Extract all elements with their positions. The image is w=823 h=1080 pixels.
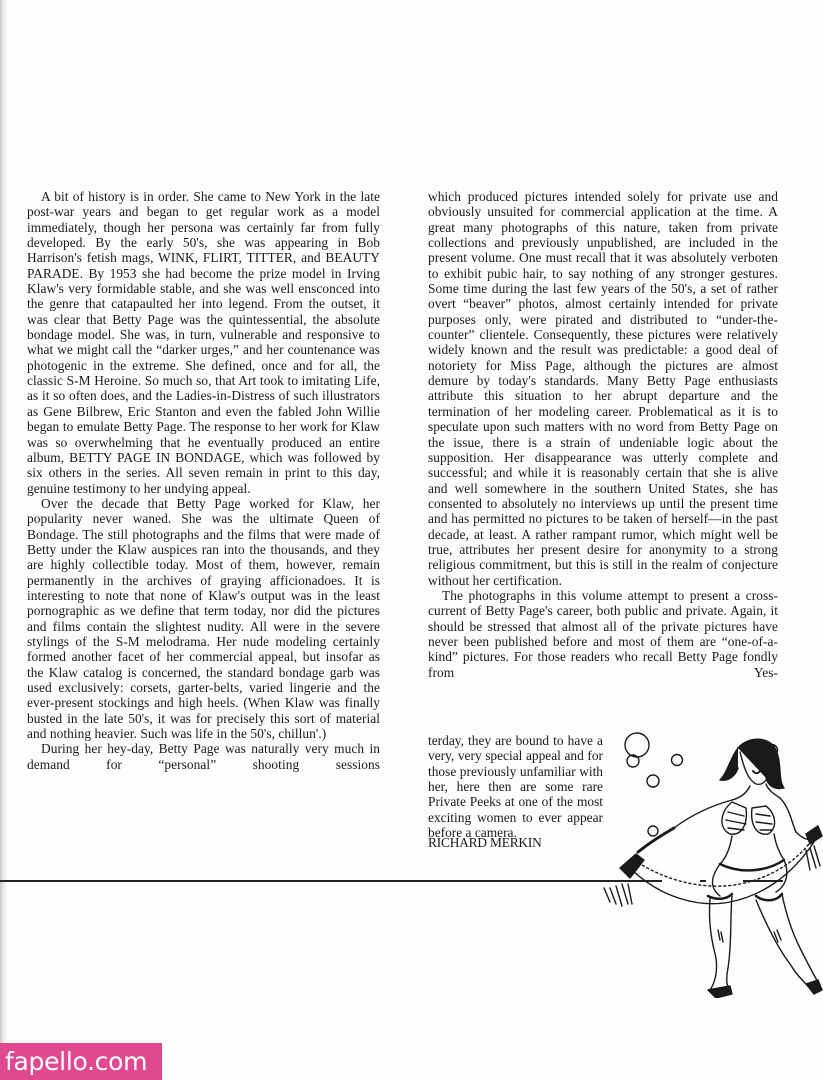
bubble-icon <box>625 733 649 757</box>
article-right-column: which produced pictures intended solely … <box>428 189 778 680</box>
pinup-illustration <box>570 728 823 998</box>
paragraph: Over the decade that Betty Page worked f… <box>27 496 380 742</box>
horizontal-rule <box>0 880 662 882</box>
paragraph: The photographs in this volume attempt t… <box>428 588 778 680</box>
article-left-column: A bit of history is in order. She came t… <box>27 189 380 772</box>
paragraph: which produced pictures intended solely … <box>428 189 778 588</box>
paragraph: A bit of history is in order. She came t… <box>27 189 380 496</box>
page-edge-shadow <box>0 0 8 1080</box>
paragraph: During her hey-day, Betty Page was natur… <box>27 741 380 772</box>
author-signature: RICHARD MERKIN <box>428 835 542 850</box>
watermark-badge: fapello.com <box>0 1043 162 1080</box>
